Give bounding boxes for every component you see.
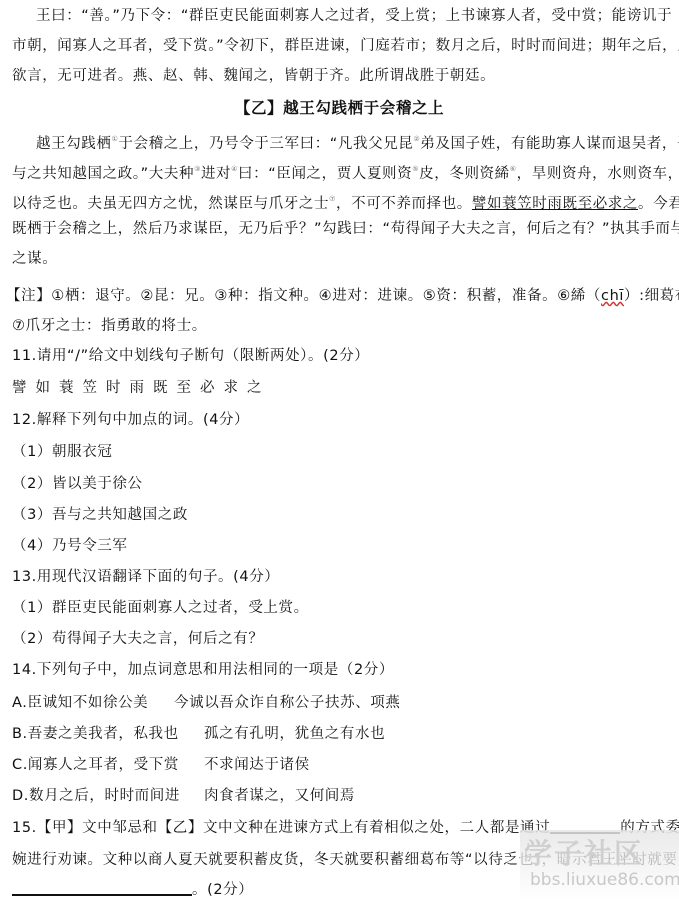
text-line: 以待乏也。夫虽无四方之忧，然谋臣与爪牙之士⑦，不可不养而择也。譬如蓑笠时雨既至必… bbox=[12, 189, 679, 214]
question-prompt: 11.请用“/”给文中划线句子断句（限断两处）。(2分） bbox=[12, 346, 369, 366]
underlined-sentence: 譬如蓑笠时雨既至必求之 bbox=[472, 196, 638, 212]
watermark-logo: 学子社区 bbox=[524, 832, 644, 872]
question-item: （2）苟得闻子大夫之言，何后之有？ bbox=[12, 629, 263, 649]
question-prompt: 14.下列句子中，加点词意思和用法相同的一项是（2分） bbox=[12, 660, 394, 680]
note-line: ⑦爪牙之士：指勇敢的将士。 bbox=[12, 316, 207, 336]
text-line: 之谋。 bbox=[12, 249, 57, 269]
footnote-marker: ⑥ bbox=[510, 165, 517, 173]
text-line: 越王勾践栖①于会稽之上，乃号令于三军曰：“凡我父兄昆②弟及国子姓，有能助寡人谋而… bbox=[36, 129, 679, 154]
footnote-marker: ③ bbox=[194, 165, 201, 173]
question-item: （2）皆以美于徐公 bbox=[12, 474, 143, 494]
watermark-url: bbs.liuxue86.com bbox=[530, 870, 679, 890]
text-line: 既栖于会稽之上，然后乃求谋臣，无乃后乎？”勾践曰：“苟得闻子大夫之言，何后之有？… bbox=[12, 219, 679, 239]
option-c: C.闻寡人之耳者，受下赏不求闻达于诸侯 bbox=[12, 755, 310, 775]
footnote-marker: ⑦ bbox=[329, 195, 336, 203]
question-prompt: 13.用现代汉语翻译下面的句子。(4分） bbox=[12, 567, 279, 587]
footnote-marker: ④ bbox=[231, 165, 238, 173]
text-line: 王曰：“善。”乃下令：“群臣吏民能面刺寡人之过者，受上赏；上书谏寡人者，受中赏；… bbox=[36, 6, 672, 26]
option-a: A.臣诚知不如徐公美今诚以吾众诈自称公子扶苏、项燕 bbox=[12, 693, 401, 713]
text-line: 与之共知越国之政。”大夫种③进对④曰：“臣闻之，贾人夏则资⑤皮，冬则资絺⑥，旱则… bbox=[12, 159, 679, 184]
passage-yi-title: 【乙】越王勾践栖于会稽之上 bbox=[0, 98, 679, 118]
question-item: （3）吾与之共知越国之政 bbox=[12, 505, 188, 525]
question-item: （4）乃号令三军 bbox=[12, 536, 128, 556]
answer-blank[interactable] bbox=[12, 880, 192, 896]
sentence-to-punctuate: 譬如蓑笠时雨既至必求之 bbox=[12, 378, 271, 398]
watermark: 学子社区 bbs.liuxue86.com bbox=[520, 830, 679, 900]
note-line: 【注】①栖：退守。②昆：兄。③种：指文种。④进对：进谏。⑤资：积蓄，准备。⑥絺（… bbox=[6, 286, 679, 306]
pinyin: chī bbox=[601, 288, 624, 304]
text-line: 市朝，闻寡人之耳者，受下赏。”令初下，群臣进谏，门庭若市；数月之后，时时而间进；… bbox=[12, 36, 679, 56]
text-line: 欲言，无可进者。燕、赵、韩、魏闻之，皆朝于齐。此所谓战胜于朝廷。 bbox=[12, 66, 495, 86]
question-line: 。(2分） bbox=[12, 880, 253, 900]
question-prompt: 12.解释下列句中加点的词。(4分） bbox=[12, 410, 249, 430]
question-item: （1）群臣吏民能面刺寡人之过者，受上赏。 bbox=[12, 598, 309, 618]
question-item: （1）朝服衣冠 bbox=[12, 442, 112, 462]
option-d: D.数月之后，时时而间进肉食者谋之，又何间焉 bbox=[12, 786, 355, 806]
option-b: B.吾妻之美我者，私我也孤之有孔明，犹鱼之有水也 bbox=[12, 724, 385, 744]
